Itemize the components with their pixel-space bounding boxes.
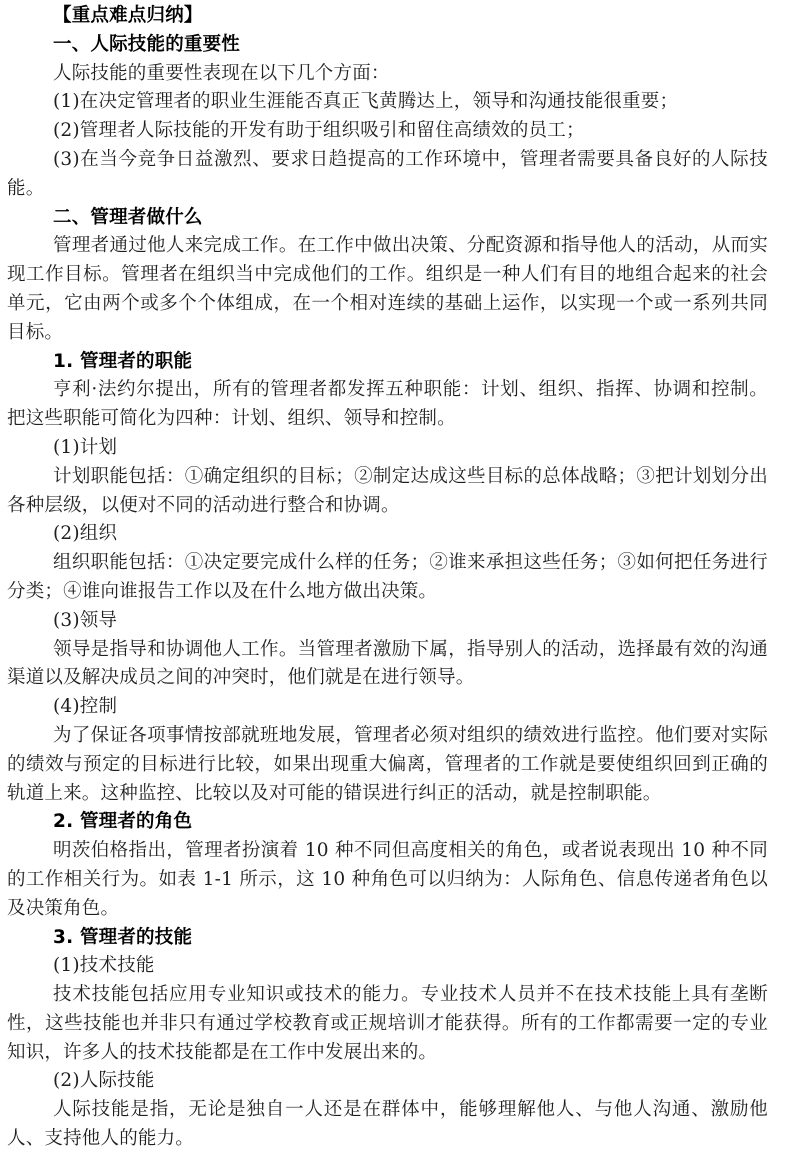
sub-item-label-organizing: (2)组织 bbox=[7, 520, 768, 549]
sub-item-label-human-skills: (2)人际技能 bbox=[7, 1067, 768, 1096]
subheading-manager-roles: 2. 管理者的角色 bbox=[7, 808, 768, 837]
paragraph-human-skills: 人际技能是指，无论是独自一人还是在群体中，能够理解他人、与他人沟通、激励他人、支… bbox=[7, 1096, 768, 1154]
sub-item-label-controlling: (4)控制 bbox=[7, 693, 768, 722]
paragraph-leading: 领导是指导和协调他人工作。当管理者激励下属，指导别人的活动，选择最有效的沟通渠道… bbox=[7, 636, 768, 694]
document-page: 【重点难点归纳】 一、人际技能的重要性 人际技能的重要性表现在以下几个方面： (… bbox=[0, 0, 790, 1174]
heading-key-points: 【重点难点归纳】 bbox=[7, 2, 768, 31]
list-item-environment: (3)在当今竞争日益激烈、要求日趋提高的工作环境中，管理者需要具备良好的人际技能… bbox=[7, 146, 768, 204]
sub-item-label-planning: (1)计划 bbox=[7, 434, 768, 463]
sub-item-label-leading: (3)领导 bbox=[7, 607, 768, 636]
section-heading-interpersonal-skills: 一、人际技能的重要性 bbox=[7, 31, 768, 60]
subheading-manager-skills: 3. 管理者的技能 bbox=[7, 924, 768, 953]
paragraph-managers-definition: 管理者通过他人来完成工作。在工作中做出决策、分配资源和指导他人的活动，从而实现工… bbox=[7, 232, 768, 347]
paragraph-controlling: 为了保证各项事情按部就班地发展，管理者必须对组织的绩效进行监控。他们要对实际的绩… bbox=[7, 722, 768, 808]
paragraph-organizing: 组织职能包括：①决定要完成什么样的任务；②谁来承担这些任务；③如何把任务进行分类… bbox=[7, 549, 768, 607]
paragraph-mintzberg-roles: 明茨伯格指出，管理者扮演着 10 种不同但高度相关的角色，或者说表现出 10 种… bbox=[7, 837, 768, 923]
subheading-manager-functions: 1. 管理者的职能 bbox=[7, 348, 768, 377]
list-item-career: (1)在决定管理者的职业生涯能否真正飞黄腾达上，领导和沟通技能很重要； bbox=[7, 88, 768, 117]
list-item-retention: (2)管理者人际技能的开发有助于组织吸引和留住高绩效的员工； bbox=[7, 117, 768, 146]
section-heading-what-managers-do: 二、管理者做什么 bbox=[7, 204, 768, 233]
paragraph-fayol-functions: 亨利·法约尔提出，所有的管理者都发挥五种职能：计划、组织、指挥、协调和控制。把这… bbox=[7, 376, 768, 434]
paragraph-skills-intro: 人际技能的重要性表现在以下几个方面： bbox=[7, 60, 768, 89]
sub-item-label-technical-skills: (1)技术技能 bbox=[7, 952, 768, 981]
paragraph-technical-skills: 技术技能包括应用专业知识或技术的能力。专业技术人员并不在技术技能上具有垄断性，这… bbox=[7, 981, 768, 1067]
paragraph-planning: 计划职能包括：①确定组织的目标；②制定达成这些目标的总体战略；③把计划划分出各种… bbox=[7, 463, 768, 521]
